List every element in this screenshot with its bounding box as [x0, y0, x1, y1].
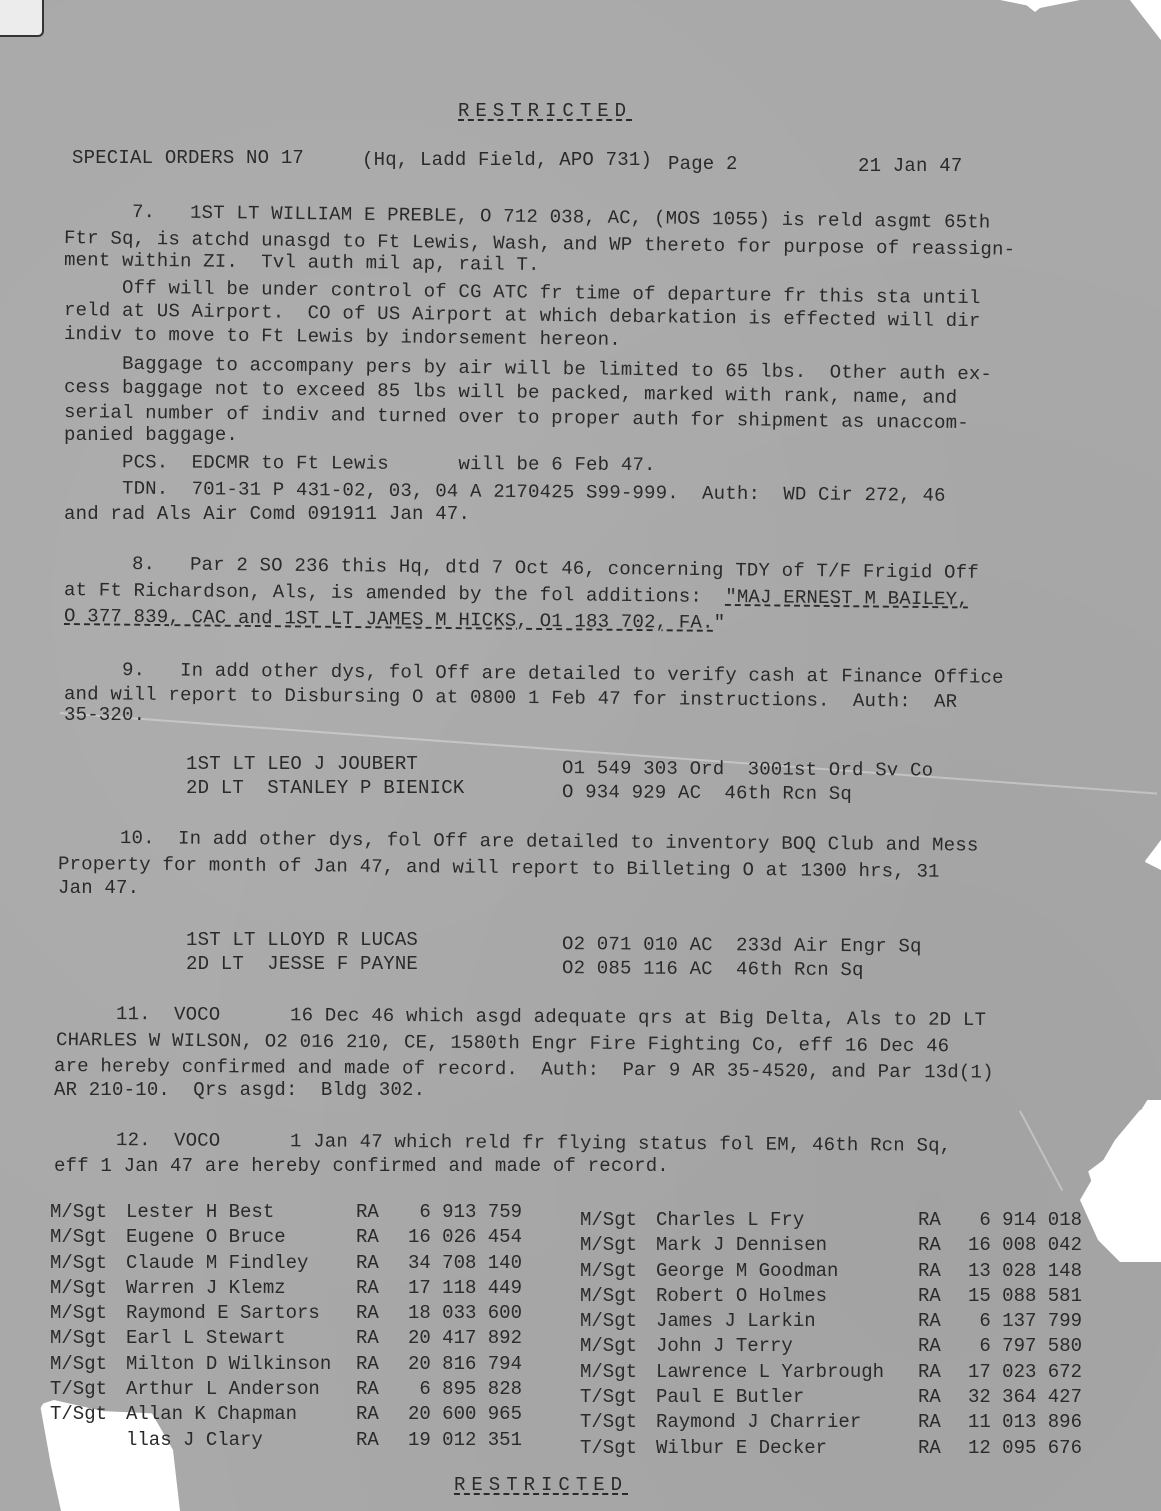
roster-entry: M/SgtJohn J TerryRA6 797 580 — [580, 1334, 1082, 1359]
roster-name: Allan K Chapman — [126, 1402, 356, 1427]
roster-sn: 17 118 449 — [396, 1276, 522, 1301]
officer-name: 2D LT JESSE F PAYNE — [186, 952, 418, 976]
roster-name: Claude M Findley — [126, 1251, 356, 1276]
roster-rank: M/Sgt — [50, 1225, 126, 1250]
roster-name: Milton D Wilkinson — [126, 1352, 356, 1377]
roster-svc: RA — [356, 1352, 396, 1377]
roster-name: Wilbur E Decker — [656, 1436, 918, 1461]
roster-rank: M/Sgt — [50, 1200, 126, 1225]
roster-sn: 17 023 672 — [956, 1360, 1082, 1385]
roster-left: M/SgtLester H BestRA6 913 759M/SgtEugene… — [50, 1200, 522, 1453]
roster-rank: M/Sgt — [50, 1352, 126, 1377]
roster-svc: RA — [918, 1385, 956, 1410]
text-line: eff 1 Jan 47 are hereby confirmed and ma… — [54, 1154, 669, 1178]
roster-rank: T/Sgt — [580, 1436, 656, 1461]
roster-name: llas J Clary — [126, 1428, 356, 1453]
roster-svc: RA — [918, 1309, 956, 1334]
roster-name: Earl L Stewart — [126, 1326, 356, 1351]
roster-entry: M/SgtRaymond E SartorsRA18 033 600 — [50, 1301, 522, 1326]
roster-rank: M/Sgt — [50, 1276, 126, 1301]
roster-rank: T/Sgt — [580, 1410, 656, 1435]
roster-svc: RA — [918, 1436, 956, 1461]
text-line: ment within ZI. Tvl auth mil ap, rail T. — [64, 248, 540, 277]
roster-name: Warren J Klemz — [126, 1276, 356, 1301]
officer-serial-unit: O1 549 303 Ord 3001st Ord Sv Co — [562, 756, 933, 783]
roster-sn: 32 364 427 — [956, 1385, 1082, 1410]
officer-serial-unit: O2 071 010 AC 233d Air Engr Sq — [562, 932, 922, 959]
roster-svc: RA — [918, 1334, 956, 1359]
roster-rank: M/Sgt — [580, 1259, 656, 1284]
roster-rank: M/Sgt — [50, 1301, 126, 1326]
roster-sn: 13 028 148 — [956, 1259, 1082, 1284]
roster-rank: T/Sgt — [580, 1385, 656, 1410]
roster-svc: RA — [918, 1208, 956, 1233]
text-line: PCS. EDCMR to Ft Lewis will be 6 Feb 47. — [64, 450, 656, 477]
roster-name: Eugene O Bruce — [126, 1225, 356, 1250]
roster-rank — [50, 1428, 126, 1453]
roster-entry: T/SgtWilbur E DeckerRA12 095 676 — [580, 1436, 1082, 1461]
roster-entry: T/SgtAllan K ChapmanRA20 600 965 — [50, 1402, 522, 1427]
text-line: AR 210-10. Qrs asgd: Bldg 302. — [54, 1078, 425, 1102]
roster-sn: 15 088 581 — [956, 1284, 1082, 1309]
classification-top: RESTRICTED — [458, 100, 632, 122]
roster-entry: M/SgtClaude M FindleyRA34 708 140 — [50, 1251, 522, 1276]
roster-right: M/SgtCharles L FryRA6 914 018M/SgtMark J… — [580, 1208, 1082, 1461]
roster-entry: M/SgtEugene O BruceRA16 026 454 — [50, 1225, 522, 1250]
roster-svc: RA — [356, 1428, 396, 1453]
roster-entry: M/SgtJames J LarkinRA6 137 799 — [580, 1309, 1082, 1334]
roster-entry: M/SgtLester H BestRA6 913 759 — [50, 1200, 522, 1225]
roster-name: Raymond J Charrier — [656, 1410, 918, 1435]
roster-rank: M/Sgt — [580, 1233, 656, 1258]
roster-sn: 6 913 759 — [396, 1200, 522, 1225]
roster-rank: M/Sgt — [50, 1326, 126, 1351]
roster-rank: M/Sgt — [580, 1334, 656, 1359]
roster-sn: 16 008 042 — [956, 1233, 1082, 1258]
roster-rank: M/Sgt — [50, 1251, 126, 1276]
roster-sn: 20 417 892 — [396, 1326, 522, 1351]
officer-serial-unit: O 934 929 AC 46th Rcn Sq — [562, 780, 852, 806]
roster-entry: M/SgtMilton D WilkinsonRA20 816 794 — [50, 1352, 522, 1377]
roster-svc: RA — [356, 1225, 396, 1250]
roster-rank: M/Sgt — [580, 1284, 656, 1309]
roster-svc: RA — [356, 1251, 396, 1276]
roster-name: James J Larkin — [656, 1309, 918, 1334]
roster-entry: M/SgtLawrence L YarbroughRA17 023 672 — [580, 1360, 1082, 1385]
roster-svc: RA — [356, 1326, 396, 1351]
roster-svc: RA — [918, 1259, 956, 1284]
roster-entry: M/SgtWarren J KlemzRA17 118 449 — [50, 1276, 522, 1301]
roster-name: Robert O Holmes — [656, 1284, 918, 1309]
officer-name: 1ST LT LEO J JOUBERT — [186, 752, 418, 776]
roster-entry: T/SgtArthur L AndersonRA6 895 828 — [50, 1377, 522, 1402]
roster-svc: RA — [918, 1360, 956, 1385]
roster-svc: RA — [356, 1402, 396, 1427]
folded-corner — [0, 0, 44, 37]
roster-svc: RA — [918, 1410, 956, 1435]
roster-rank: M/Sgt — [580, 1360, 656, 1385]
roster-svc: RA — [356, 1200, 396, 1225]
roster-entry: M/SgtGeorge M GoodmanRA13 028 148 — [580, 1259, 1082, 1284]
officer-serial-unit: O2 085 116 AC 46th Rcn Sq — [562, 956, 864, 982]
text-line: panied baggage. — [64, 423, 238, 447]
roster-sn: 34 708 140 — [396, 1251, 522, 1276]
roster-name: John J Terry — [656, 1334, 918, 1359]
amendment-names: "MAJ ERNEST M BAILEY, — [725, 586, 969, 611]
roster-entry: llas J ClaryRA19 012 351 — [50, 1428, 522, 1453]
roster-entry: T/SgtRaymond J CharrierRA11 013 896 — [580, 1410, 1082, 1435]
roster-entry: M/SgtCharles L FryRA6 914 018 — [580, 1208, 1082, 1233]
roster-svc: RA — [356, 1301, 396, 1326]
roster-sn: 18 033 600 — [396, 1301, 522, 1326]
text-line: and rad Als Air Comd 091911 Jan 47. — [64, 502, 470, 526]
roster-entry: M/SgtRobert O HolmesRA15 088 581 — [580, 1284, 1082, 1309]
roster-sn: 6 914 018 — [956, 1208, 1082, 1233]
roster-sn: 16 026 454 — [396, 1225, 522, 1250]
roster-entry: M/SgtEarl L StewartRA20 417 892 — [50, 1326, 522, 1351]
officer-name: 2D LT STANLEY P BIENICK — [186, 776, 464, 800]
roster-name: Lawrence L Yarbrough — [656, 1360, 918, 1385]
roster-entry: M/SgtMark J DennisenRA16 008 042 — [580, 1233, 1082, 1258]
roster-name: Arthur L Anderson — [126, 1377, 356, 1402]
headquarters: (Hq, Ladd Field, APO 731) — [362, 148, 652, 172]
order-date: 21 Jan 47 — [858, 154, 962, 178]
roster-sn: 19 012 351 — [396, 1428, 522, 1453]
roster-name: Paul E Butler — [656, 1385, 918, 1410]
roster-sn: 12 095 676 — [956, 1436, 1082, 1461]
roster-svc: RA — [356, 1276, 396, 1301]
roster-rank: T/Sgt — [50, 1377, 126, 1402]
roster-svc: RA — [356, 1377, 396, 1402]
roster-rank: M/Sgt — [580, 1309, 656, 1334]
roster-name: Lester H Best — [126, 1200, 356, 1225]
roster-name: George M Goodman — [656, 1259, 918, 1284]
page-number: Page 2 — [668, 152, 738, 176]
classification-bottom: RESTRICTED — [454, 1474, 628, 1496]
officer-name: 1ST LT LLOYD R LUCAS — [186, 928, 418, 952]
roster-sn: 20 600 965 — [396, 1402, 522, 1427]
roster-rank: T/Sgt — [50, 1402, 126, 1427]
roster-svc: RA — [918, 1284, 956, 1309]
roster-sn: 20 816 794 — [396, 1352, 522, 1377]
roster-sn: 6 797 580 — [956, 1334, 1082, 1359]
roster-name: Mark J Dennisen — [656, 1233, 918, 1258]
roster-sn: 11 013 896 — [956, 1410, 1082, 1435]
roster-entry: T/SgtPaul E ButlerRA32 364 427 — [580, 1385, 1082, 1410]
roster-name: Charles L Fry — [656, 1208, 918, 1233]
roster-rank: M/Sgt — [580, 1208, 656, 1233]
roster-sn: 6 137 799 — [956, 1309, 1082, 1334]
orders-number: SPECIAL ORDERS NO 17 — [72, 146, 304, 170]
text-line: 35-320. — [64, 703, 145, 727]
text-line: Jan 47. — [58, 876, 139, 900]
roster-svc: RA — [918, 1233, 956, 1258]
roster-sn: 6 895 828 — [396, 1377, 522, 1402]
roster-name: Raymond E Sartors — [126, 1301, 356, 1326]
